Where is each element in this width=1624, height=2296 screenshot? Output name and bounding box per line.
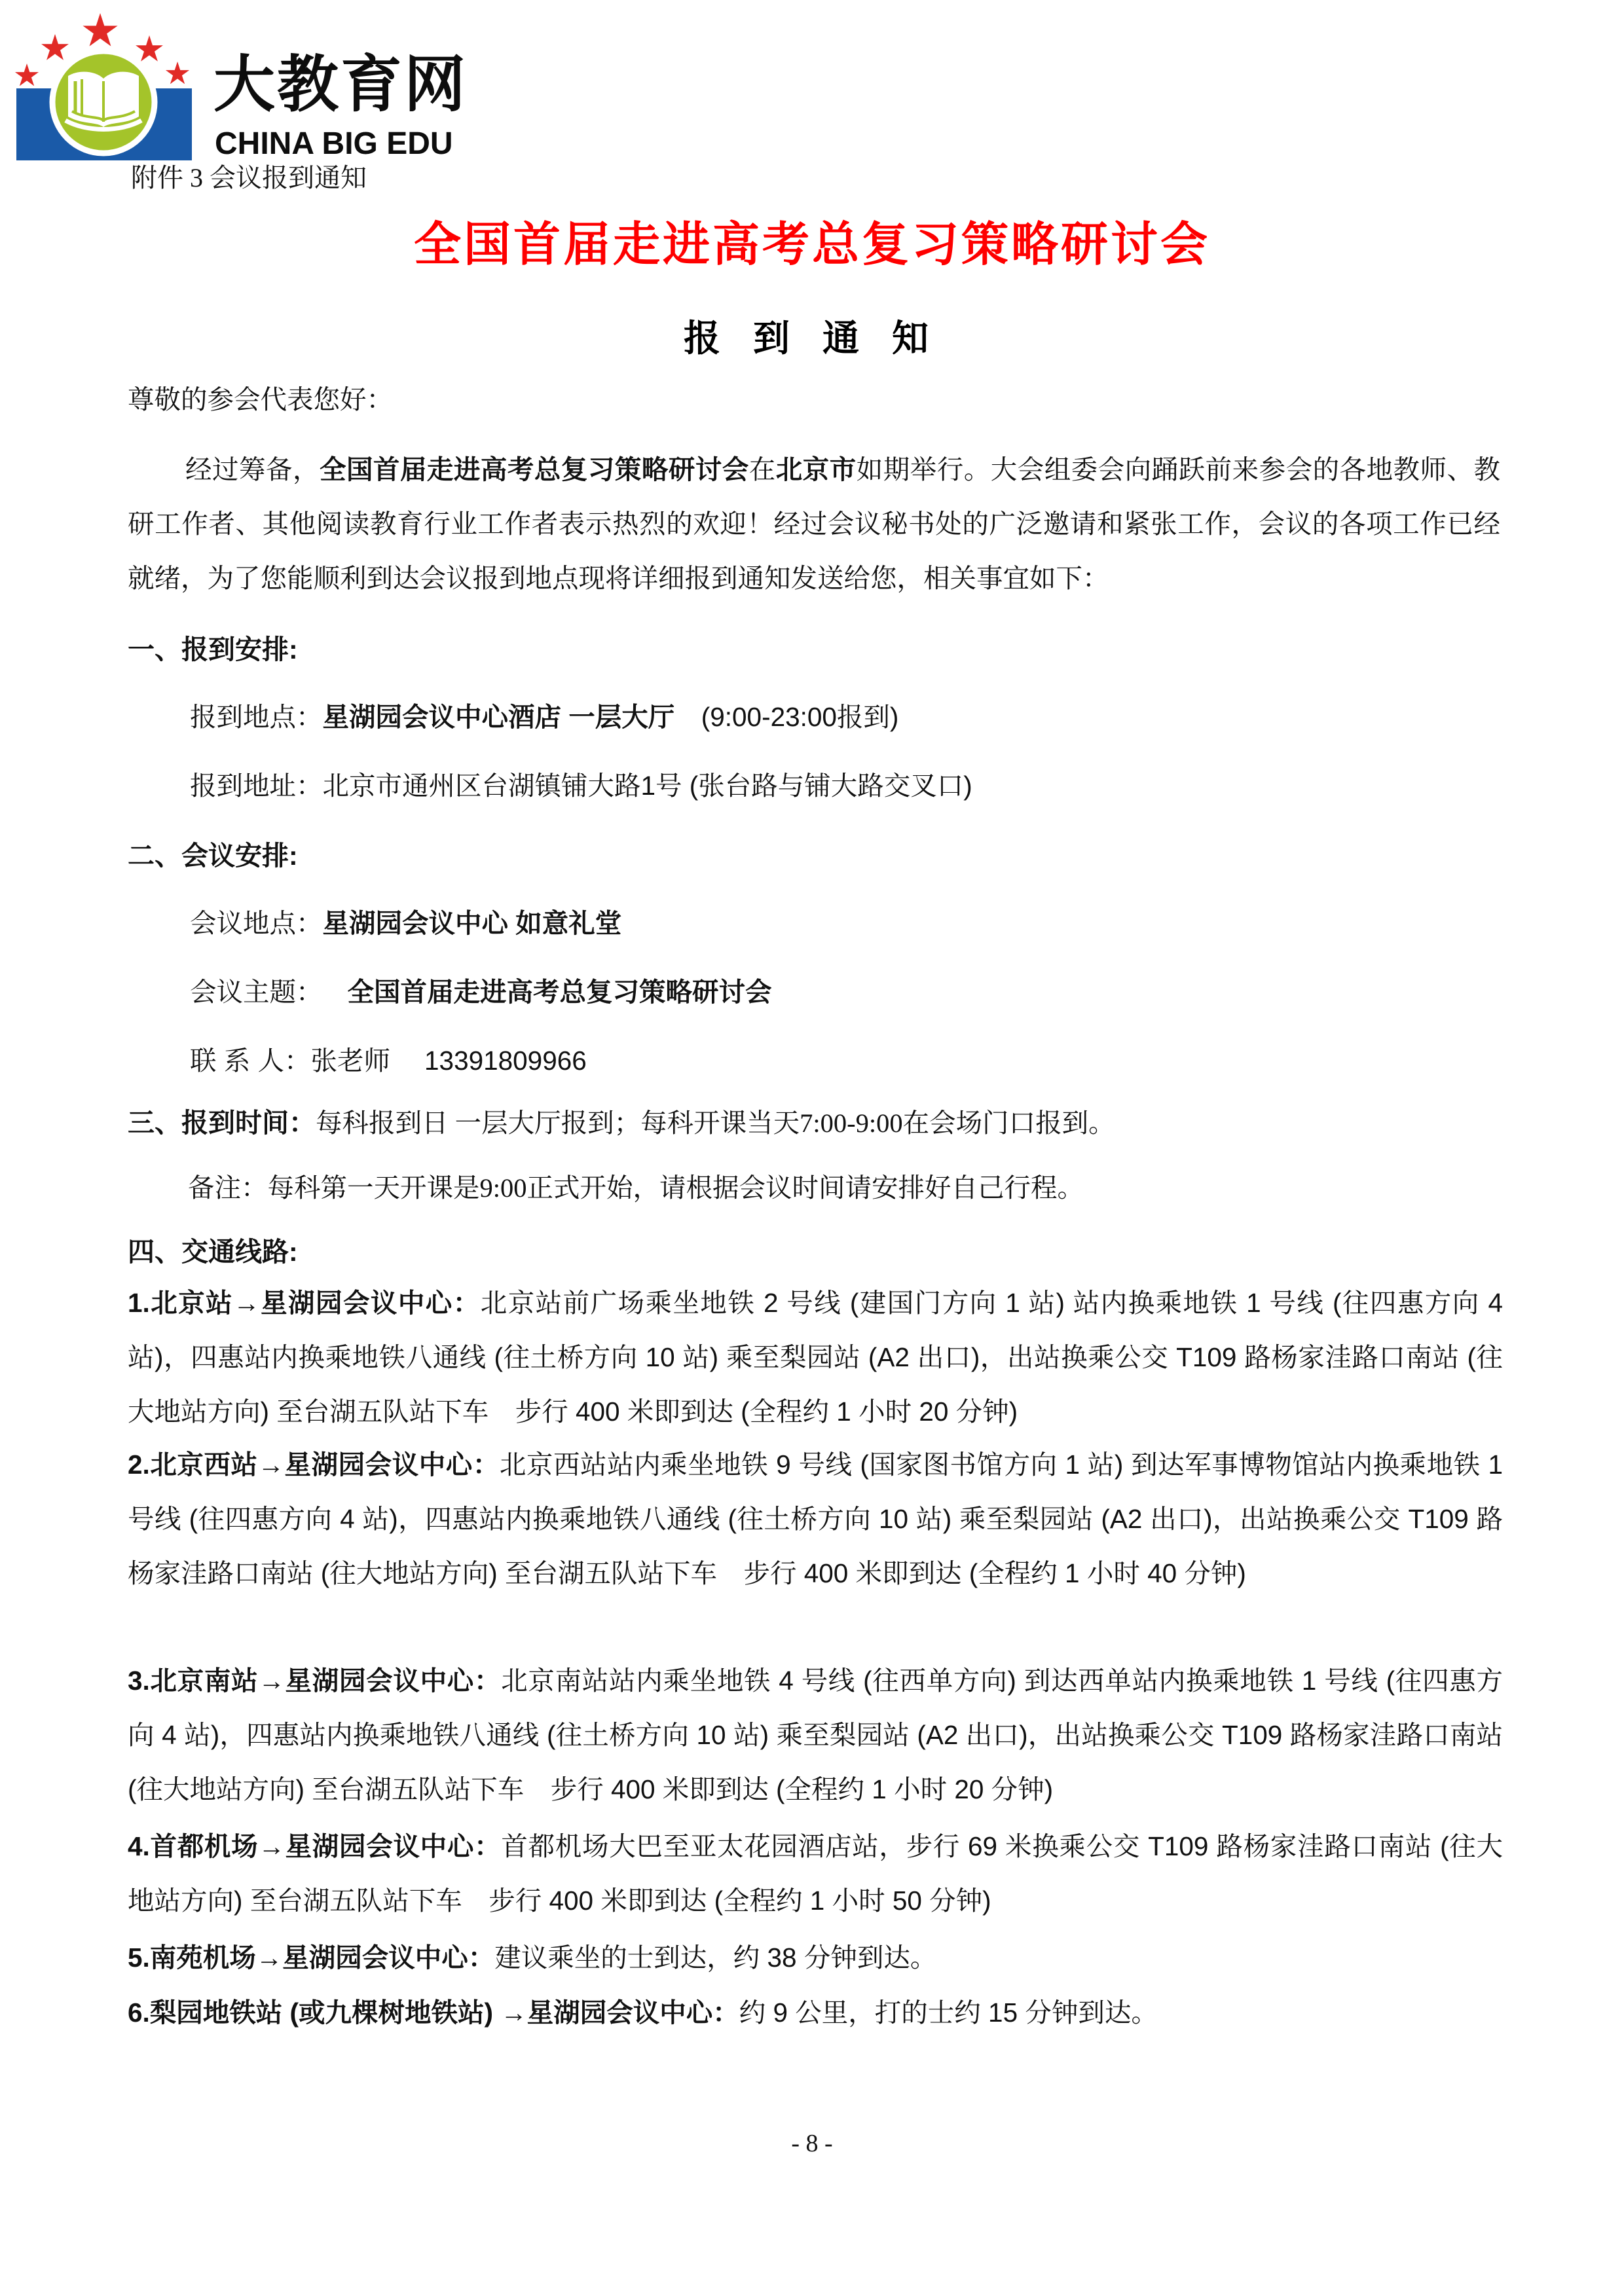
route-2-title: 2.北京西站→星湖园会议中心： [128, 1449, 500, 1480]
route-item-2: 2.北京西站→星湖园会议中心：北京西站站内乘坐地铁 9 号线 (国家图书馆方向 … [128, 1438, 1503, 1601]
logo-english-wordmark: CHINA BIG EDU [215, 128, 453, 160]
route-4-title: 4.首都机场→星湖园会议中心： [128, 1831, 501, 1861]
document-page: 大教育网 CHINA BIG EDU 附件 3 会议报到通知 全国首届走进高考总… [0, 0, 1624, 2296]
meeting-place-value: 星湖园会议中心 如意礼堂 [323, 908, 622, 938]
contact-name: 张老师 [311, 1046, 391, 1076]
route-5-body: 建议乘坐的士到达，约 38 分钟到达。 [494, 1942, 936, 1973]
route-6-body: 约 9 公里，打的士约 15 分钟到达。 [739, 1997, 1158, 2028]
meeting-place-line: 会议地点：星湖园会议中心 如意礼堂 [190, 907, 1500, 939]
route-item-4: 4.首都机场→星湖园会议中心：首都机场大巴至亚太花园酒店站，步行 69 米换乘公… [128, 1819, 1503, 1928]
route-item-6: 6.梨园地铁站 (或九棵树地铁站) →星湖园会议中心：约 9 公里，打的士约 1… [128, 1986, 1503, 2040]
route-3-title: 3.北京南站→星湖园会议中心： [128, 1666, 501, 1696]
route-5-title: 5.南苑机场→星湖园会议中心： [128, 1942, 494, 1973]
route-item-5: 5.南苑机场→星湖园会议中心：建议乘坐的士到达，约 38 分钟到达。 [128, 1931, 1503, 1985]
page-number: - 8 - [0, 2129, 1624, 2158]
logo-chinese-wordmark: 大教育网 [213, 54, 468, 115]
intro-city: 北京市 [776, 454, 857, 484]
section4-header: 四、交通线路: [128, 1236, 1500, 1268]
page-title: 全国首届走进高考总复习策略研讨会 [0, 218, 1624, 272]
section3-header: 三、报到时间： [128, 1108, 316, 1138]
intro-conference-name: 全国首届走进高考总复习策略研讨会 [320, 454, 749, 484]
contact-phone: 13391809966 [424, 1046, 587, 1076]
route-item-1: 1.北京站→星湖园会议中心：北京站前广场乘坐地铁 2 号线 (建国门方向 1 站… [128, 1276, 1503, 1439]
checkin-location-line: 报到地点：星湖园会议中心酒店 一层大厅 (9:00-23:00报到) [190, 701, 1500, 733]
intro-mid: 在 [749, 454, 776, 484]
section2-header: 二、会议安排: [128, 840, 1500, 872]
checkin-address-line: 报到地址：北京市通州区台湖镇铺大路1号 (张台路与铺大路交叉口) [190, 770, 1500, 802]
meeting-topic-value: 全国首届走进高考总复习策略研讨会 [348, 977, 772, 1007]
contact-line: 联 系 人：张老师13391809966 [190, 1045, 1500, 1077]
meeting-place-label: 会议地点： [190, 908, 323, 938]
contact-label: 联 系 人： [190, 1046, 311, 1076]
route-6-title: 6.梨园地铁站 (或九棵树地铁站) →星湖园会议中心： [128, 1997, 739, 2028]
section3-note: 备注：每科第一天开课是9:00正式开始，请根据会议时间请安排好自己行程。 [128, 1173, 1560, 1205]
meeting-topic-label: 会议主题： [190, 977, 323, 1007]
intro-paragraph: 经过筹备，全国首届走进高考总复习策略研讨会在北京市如期举行。大会组委会向踊跃前来… [128, 443, 1500, 606]
section1-header: 一、报到安排: [128, 634, 1500, 666]
section3-content: 每科报到日 一层大厅报到；每科开课当天7:00-9:00在会场门口报到。 [316, 1108, 1115, 1138]
route-1-title: 1.北京站→星湖园会议中心： [128, 1288, 481, 1318]
china-big-edu-logo-icon [13, 8, 204, 164]
greeting-line: 尊敬的参会代表您好： [128, 384, 1500, 416]
page-subtitle: 报 到 通 知 [0, 318, 1624, 360]
checkin-location-label: 报到地点： [190, 702, 323, 732]
attachment-label: 附件 3 会议报到通知 [131, 162, 367, 194]
checkin-location-value: 星湖园会议中心酒店 一层大厅 [323, 702, 675, 732]
route-item-3: 3.北京南站→星湖园会议中心：北京南站站内乘坐地铁 4 号线 (往西单方向) 到… [128, 1654, 1503, 1817]
meeting-topic-line: 会议主题：全国首届走进高考总复习策略研讨会 [190, 976, 1500, 1008]
section3-line: 三、报到时间：每科报到日 一层大厅报到；每科开课当天7:00-9:00在会场门口… [128, 1107, 1500, 1140]
checkin-location-time: (9:00-23:00报到) [674, 702, 898, 732]
intro-pre: 经过筹备， [185, 454, 320, 484]
